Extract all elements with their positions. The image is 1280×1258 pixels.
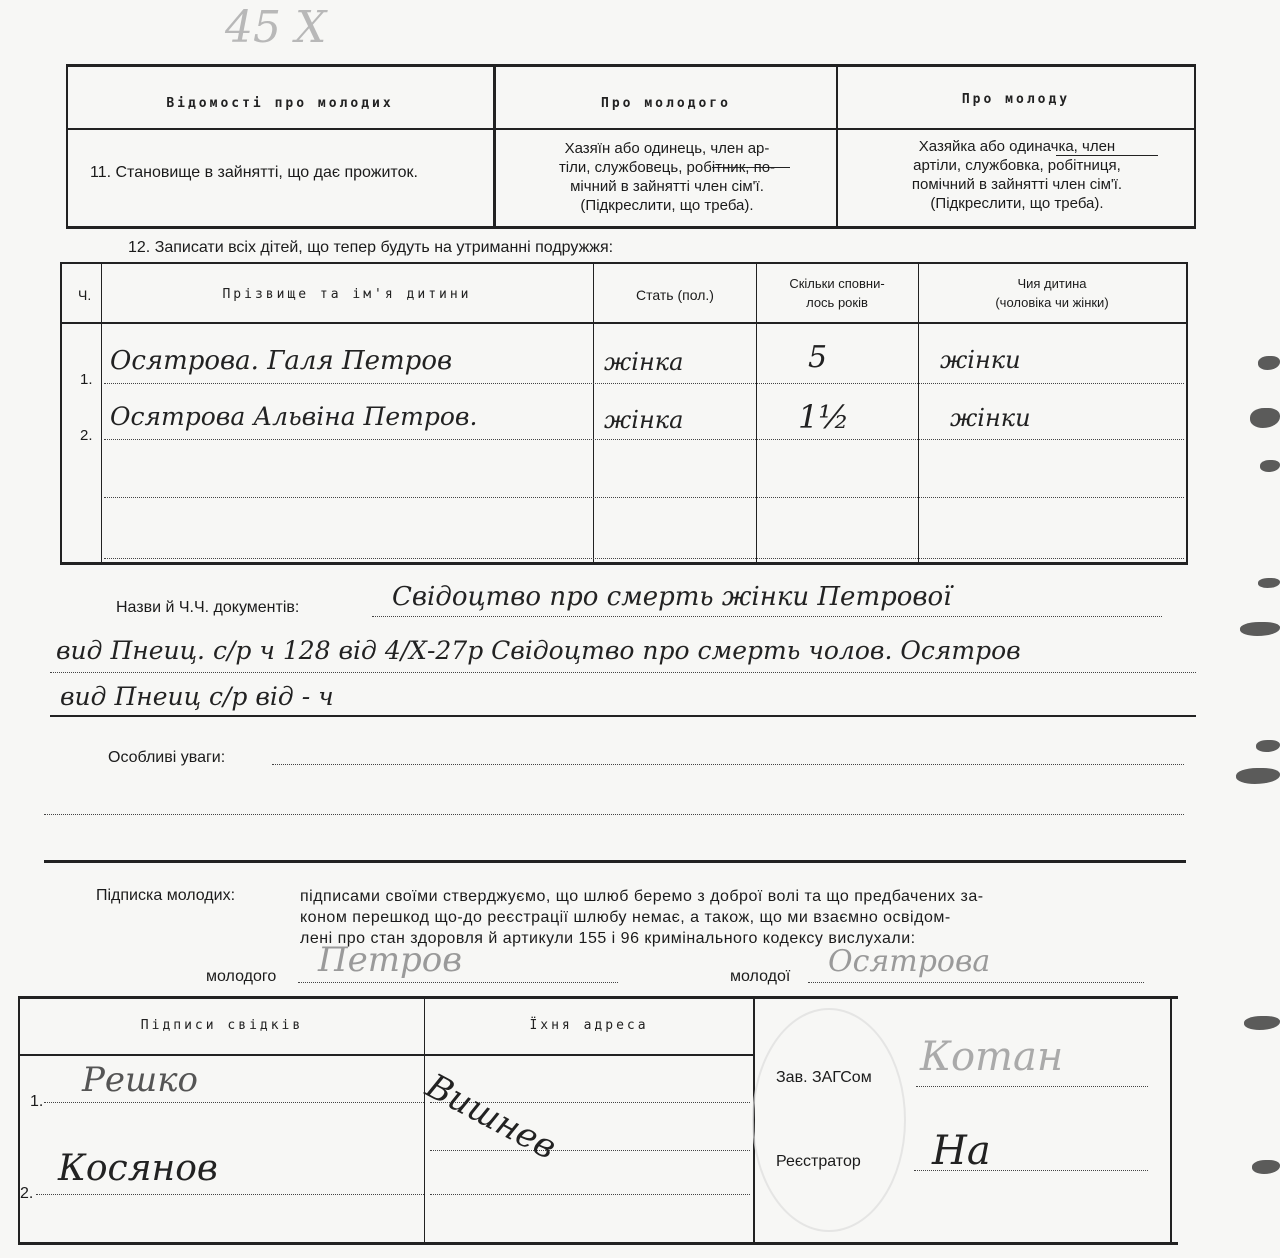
witness-line [44,1102,424,1103]
consent-text-line: підписами своїми стверджуємо, що шлюб бе… [300,886,1180,907]
documents-line [50,672,1196,673]
documents-value-line1: Свідоцтво про смерть жінки Петрової [392,582,952,612]
column-divider [101,264,102,564]
column-divider [424,998,425,1244]
documents-line [372,616,1162,617]
children-table-left [60,262,62,564]
groom-occupation-options: Хазяїн або одинець, член ар- тіли, служб… [500,139,834,215]
bride-occupation-options: Хазяйка або одиначка, член артіли, служб… [842,137,1192,213]
binding-mark [1252,1160,1280,1174]
remarks-line[interactable] [44,814,1184,815]
groom-signature: Петров [318,940,462,980]
child-row-2-name: Осятрова Альвіна Петров. [110,402,477,431]
child-row-1-age: 5 [808,340,827,375]
witness-address-header: Їхня адреса [426,1018,752,1033]
section12-title: 12. Записати всіх дітей, що тепер будуть… [128,238,613,257]
binding-mark [1258,578,1280,588]
col-age-header-line: лось років [757,293,917,312]
documents-value-line2: вид Пнеиц. с/р ч 128 від 4/Х-27р Свідоцт… [56,636,1021,665]
col-age-header-line: Скільки сповни- [757,274,917,293]
witness-box-bottom [18,1242,1178,1245]
table-left-border [66,64,68,228]
bride-option-line: (Підкреслити, що треба). [842,194,1192,213]
header-bride: Про молоду [840,92,1192,107]
col-age-header: Скільки сповни- лось років [757,274,917,312]
pencil-annotation: 45 Х [225,2,326,53]
child-row-2-whose: жінки [950,404,1031,432]
groom-option-line: Хазяїн або одинець, член ар- [500,139,834,158]
children-table-top [60,262,1188,264]
binding-mark [1244,1016,1280,1030]
table-top-border [66,64,1196,67]
witness-line [36,1194,424,1195]
bride-signature-label: молодої [730,967,790,986]
column-divider [493,66,496,228]
bride-option-line: Хазяйка або одиначка, член [842,137,1192,156]
table-bottom-border [66,226,1196,229]
col-whose-header: Чия дитина (чоловіка чи жінки) [919,274,1185,312]
row-line [104,383,1184,384]
binding-mark [1236,768,1280,784]
row-line [104,497,1184,498]
children-header-divider [60,322,1188,324]
bride-signature-line [808,982,1144,983]
bride-signature: Осятрова [828,944,990,979]
col-num-header: Ч. [78,286,91,305]
witness-1-signature: Решко [82,1060,198,1100]
witness-box-left [18,996,20,1244]
remarks-label: Особливі уваги: [108,748,225,767]
address-line [430,1150,750,1151]
seal-stamp [752,1008,906,1232]
documents-label: Назви й Ч.Ч. документів: [116,598,299,617]
col-sex-header: Стать (пол.) [594,286,756,305]
col-name-header: Прізвище та ім'я дитини [102,287,592,302]
underline-mark [1056,155,1158,156]
remarks-bottom-line [44,860,1186,863]
zags-head-line [916,1086,1148,1087]
zags-head-signature: Котан [920,1034,1063,1080]
table-right-border [1194,64,1196,228]
binding-mark [1256,740,1280,752]
child-row-1-whose: жінки [940,346,1021,374]
binding-mark [1240,622,1280,636]
child-row-1-num: 1. [80,370,93,389]
child-row-1-name: Осятрова. Галя Петров [110,346,452,376]
marriage-registration-form: 45 Х Відомості про молодих Про молодого … [0,0,1280,1258]
children-table-bottom [60,562,1188,565]
row-line [104,558,1184,559]
column-divider [836,66,838,228]
col-whose-header-line: (чоловіка чи жінки) [919,293,1185,312]
child-row-2-age: 1½ [798,398,849,436]
documents-value-line3: вид Пнеиц с/р від - ч [60,682,334,711]
underline-mark [712,167,790,168]
witness-1-num: 1. [30,1092,43,1111]
child-row-2-num: 2. [80,426,93,445]
witness-header-divider [18,1054,754,1056]
address-line [430,1194,750,1195]
witness-1-address: Вишнев [419,1066,563,1168]
consent-label: Підписка молодих: [96,886,235,905]
documents-line [50,715,1196,717]
child-row-1-sex: жінка [604,348,683,376]
witness-box-top [18,996,1178,999]
row-line [104,439,1184,440]
zags-head-label: Зав. ЗАГСом [776,1068,872,1087]
bride-option-line: артіли, службовка, робітниця, [842,156,1192,175]
bride-option-line: помічний в зайнятті член сім'ї. [842,175,1192,194]
remarks-line[interactable] [272,764,1184,765]
witness-2-num: 2. [20,1184,33,1203]
witness-2-signature: Косянов [58,1148,218,1189]
header-groom: Про молодого [497,96,835,111]
column-divider [593,264,594,564]
consent-text-line: коном перешкод що-до реєстрації шлюбу не… [300,907,1180,928]
groom-option-line: (Підкреслити, що треба). [500,196,834,215]
binding-mark [1258,356,1280,370]
col-whose-header-line: Чия дитина [919,274,1185,293]
header-info: Відомості про молодих [70,96,490,111]
groom-signature-label: молодого [206,967,276,986]
registrar-signature: На [932,1128,991,1174]
binding-mark [1250,408,1280,428]
registrar-label: Реєстратор [776,1152,861,1171]
groom-option-line: мічний в зайнятті член сім'ї. [500,177,834,196]
groom-signature-line [298,982,618,983]
children-table-right [1186,262,1188,564]
header-divider [66,128,1196,130]
witness-box-right [1170,996,1172,1244]
binding-mark [1260,460,1280,472]
child-row-2-sex: жінка [604,406,683,434]
witness-signatures-header: Підписи свідків [20,1018,424,1033]
row-label-occupation: 11. Становище в зайнятті, що дає прожито… [90,162,470,184]
